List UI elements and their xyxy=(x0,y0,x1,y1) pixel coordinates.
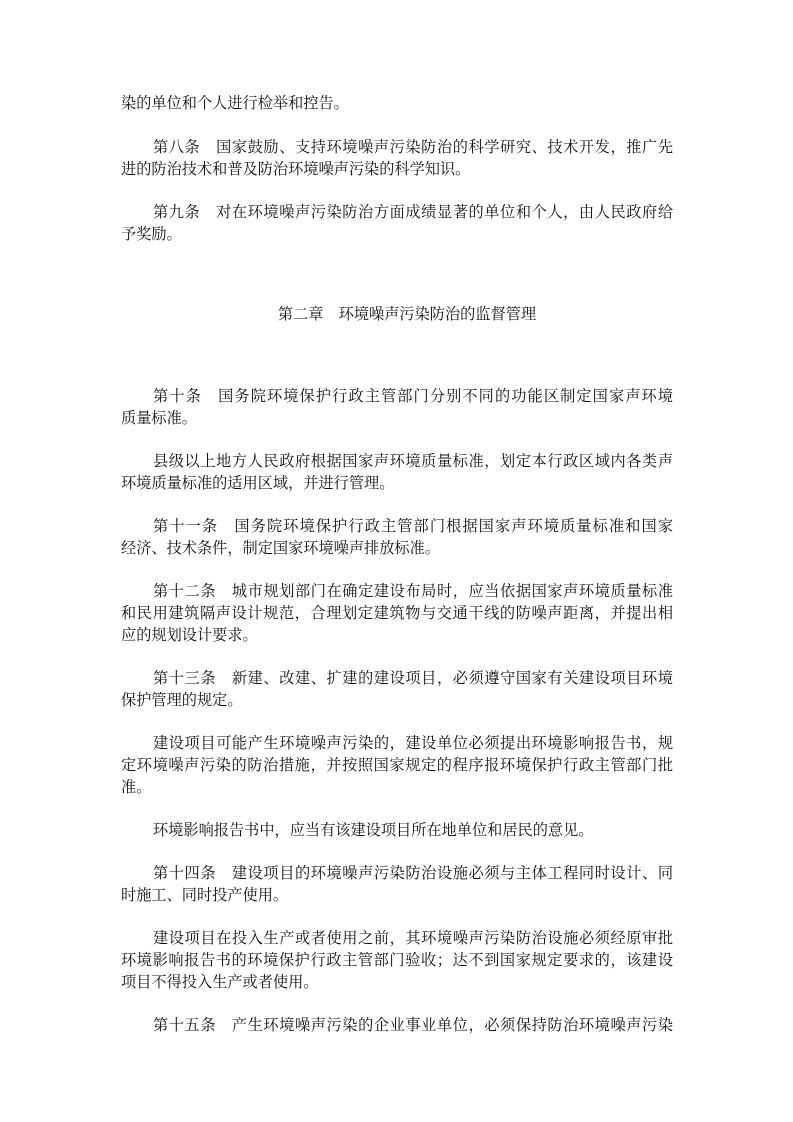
article-9-line-2: 予奖励。 xyxy=(121,223,673,245)
article-14-line-2: 时施工、同时投产使用。 xyxy=(121,884,673,906)
article-10b-line-2: 环境质量标准的适用区域，并进行管理。 xyxy=(121,472,673,494)
article-14b-line-2: 环境影响报告书的环境保护行政主管部门验收；达不到国家规定要求的，该建设 xyxy=(121,949,673,971)
article-14b-line-3: 项目不得投入生产或者使用。 xyxy=(121,971,673,993)
article-14b-line-1: 建设项目在投入生产或者使用之前，其环境噪声污染防治设施必须经原审批 xyxy=(153,927,673,949)
article-12-line-3: 应的规划设计要求。 xyxy=(121,624,673,646)
article-11-line-2: 经济、技术条件，制定国家环境噪声排放标准。 xyxy=(121,537,673,559)
article-12-line-1: 第十二条 城市规划部门在确定建设布局时，应当依据国家声环境质量标准 xyxy=(153,580,673,602)
article-10b-line-1: 县级以上地方人民政府根据国家声环境质量标准，划定本行政区域内各类声 xyxy=(153,450,673,472)
article-10-line-1: 第十条 国务院环境保护行政主管部门分别不同的功能区制定国家声环境 xyxy=(153,385,673,407)
article-11-line-1: 第十一条 国务院环境保护行政主管部门根据国家声环境质量标准和国家 xyxy=(153,515,673,537)
article-13b-line-1: 建设项目可能产生环境噪声污染的，建设单位必须提出环境影响报告书，规 xyxy=(153,732,673,754)
article-8-line-1: 第八条 国家鼓励、支持环境噪声污染防治的科学研究、技术开发，推广先 xyxy=(153,136,673,158)
article-13-line-1: 第十三条 新建、改建、扩建的建设项目，必须遵守国家有关建设项目环境 xyxy=(153,667,673,689)
article-15-line-1: 第十五条 产生环境噪声污染的企业事业单位，必须保持防治环境噪声污染 xyxy=(153,1014,673,1036)
document-page: 染的单位和个人进行检举和控告。 第八条 国家鼓励、支持环境噪声污染防治的科学研究… xyxy=(0,0,793,1122)
article-13-line-2: 保护管理的规定。 xyxy=(121,689,673,711)
paragraph-continuation-line: 染的单位和个人进行检举和控告。 xyxy=(121,92,673,114)
article-12-line-2: 和民用建筑隔声设计规范，合理划定建筑物与交通干线的防噪声距离，并提出相 xyxy=(121,602,673,624)
article-13b-line-2: 定环境噪声污染的防治措施，并按照国家规定的程序报环境保护行政主管部门批 xyxy=(121,754,673,776)
article-10-line-2: 质量标准。 xyxy=(121,407,673,429)
article-9-line-1: 第九条 对在环境噪声污染防治方面成绩显著的单位和个人，由人民政府给 xyxy=(153,201,673,223)
article-8-line-2: 进的防治技术和普及防治环境噪声污染的科学知识。 xyxy=(121,158,673,180)
article-14-line-1: 第十四条 建设项目的环境噪声污染防治设施必须与主体工程同时设计、同 xyxy=(153,862,673,884)
article-13b-line-3: 准。 xyxy=(121,776,673,798)
chapter-heading: 第二章 环境噪声污染防治的监督管理 xyxy=(121,303,693,325)
article-13c-line-1: 环境影响报告书中，应当有该建设项目所在地单位和居民的意见。 xyxy=(153,819,673,841)
